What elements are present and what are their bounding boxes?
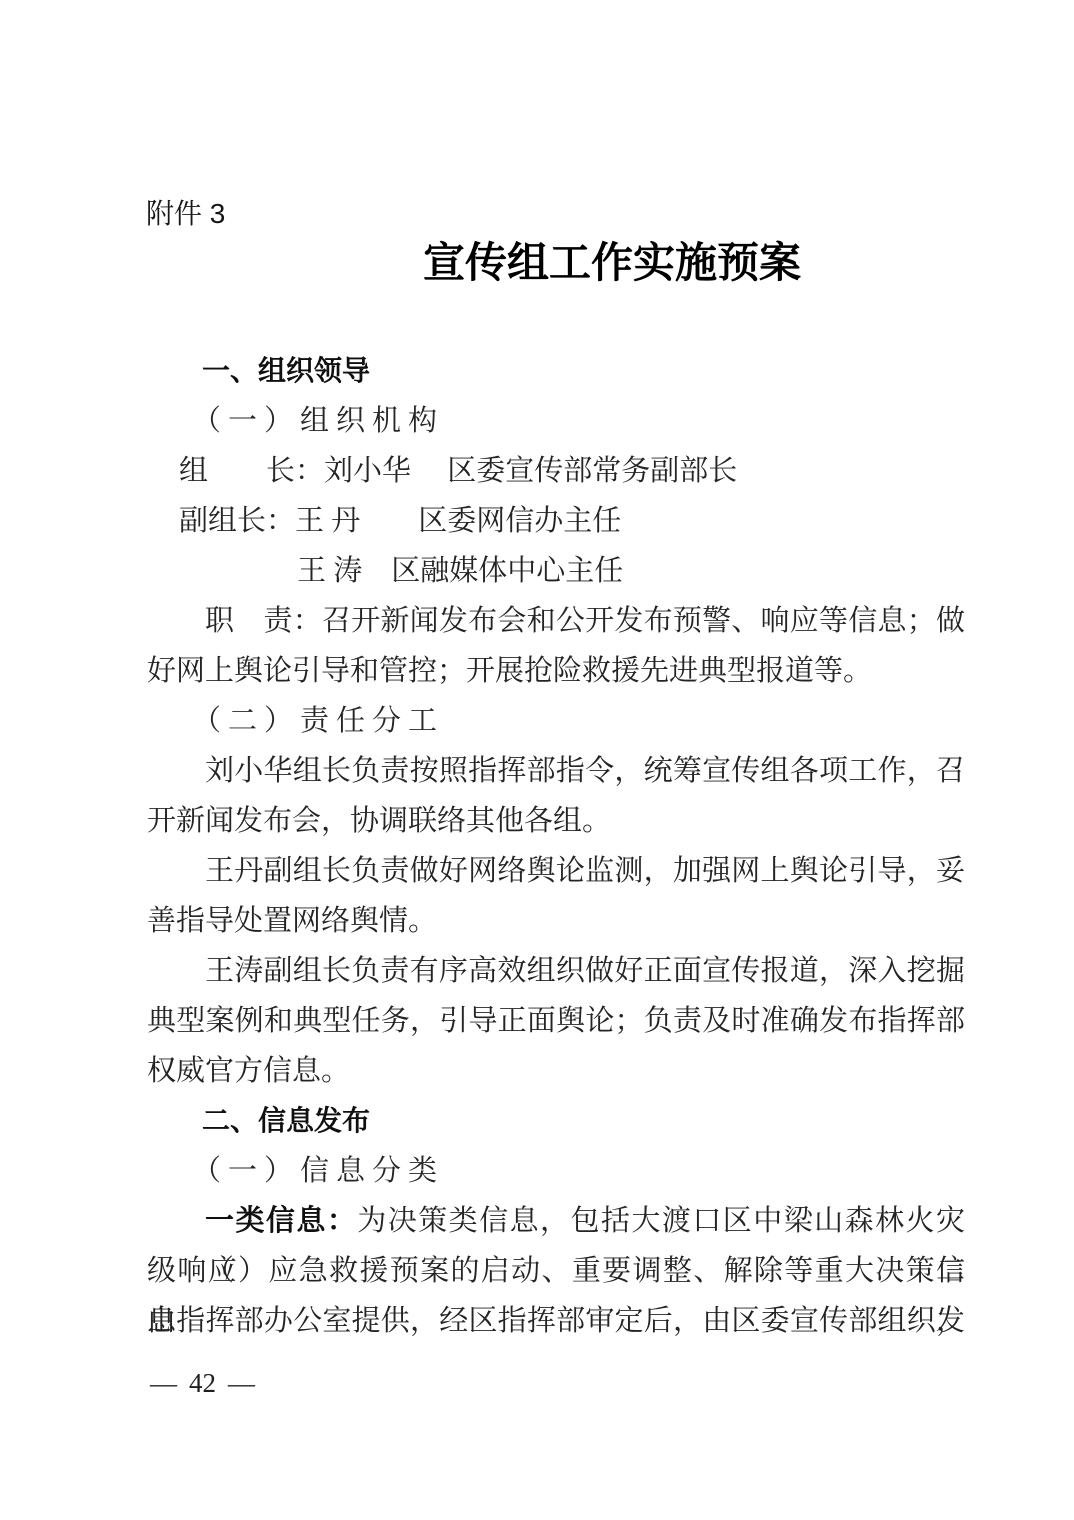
para-liuxiaohua-line-2: 开新闻发布会，协调联络其他各组。 <box>147 796 965 846</box>
subheading-1-2-responsibilities: （二）责任分工 <box>192 696 965 746</box>
heading-2-information-release: 二、信息发布 <box>202 1096 965 1146</box>
para-wangdan-line-1: 王丹副组长负责做好网络舆论监测，加强网上舆论引导，妥 <box>205 846 965 896</box>
document-page: 附件 3 宣传组工作实施预案 一、组织领导 （一）组织机构 组 长：刘小华 区委… <box>0 0 1074 1520</box>
line-deputy-leader-2: 王 涛 区融媒体中心主任 <box>297 546 965 596</box>
line-duties-1: 职 责：召开新闻发布会和公开发布预警、响应等信息；做 <box>205 596 965 646</box>
para-wangtao-line-2: 典型案例和典型任务，引导正面舆论；负责及时准确发布指挥部 <box>147 996 965 1046</box>
footer-dash-left: — <box>150 1368 177 1398</box>
para-class1-info-line-2: 级响应）应急救援预案的启动、重要调整、解除等重大决策信息， <box>147 1246 965 1296</box>
para-wangtao-line-1: 王涛副组长负责有序高效组织做好正面宣传报道，深入挖掘 <box>205 946 965 996</box>
subheading-2-1-info-classification: （一）信息分类 <box>192 1146 965 1196</box>
line-group-leader: 组 长：刘小华 区委宣传部常务副部长 <box>179 446 965 496</box>
line-duties-2: 好网上舆论引导和管控；开展抢险救援先进典型报道等。 <box>147 646 965 696</box>
para-liuxiaohua-line-1: 刘小华组长负责按照指挥部指令，统筹宣传组各项工作，召 <box>205 746 965 796</box>
para-wangtao-line-3: 权威官方信息。 <box>147 1046 965 1096</box>
footer-dash-right: — <box>228 1368 255 1398</box>
page-footer: —42— <box>150 1366 255 1400</box>
heading-1-organization-leadership: 一、组织领导 <box>202 346 965 396</box>
para-wangdan-line-2: 善指导处置网络舆情。 <box>147 896 965 946</box>
document-title: 宣传组工作实施预案 <box>423 236 801 292</box>
attachment-label: 附件 3 <box>146 196 225 232</box>
line-deputy-leader-1: 副组长：王 丹 区委网信办主任 <box>179 496 965 546</box>
class1-info-lead-label: 一类信息： <box>205 1205 357 1237</box>
para-class1-info-line-3: 由指挥部办公室提供，经区指挥部审定后，由区委宣传部组织发 <box>147 1296 965 1346</box>
page-number: 42 <box>189 1368 216 1398</box>
para-class1-info-line-1: 一类信息：为决策类信息，包括大渡口区中梁山森林火灾（二 <box>205 1196 965 1246</box>
subheading-1-1-organization: （一）组织机构 <box>192 396 965 446</box>
document-body: 一、组织领导 （一）组织机构 组 长：刘小华 区委宣传部常务副部长 副组长：王 … <box>147 346 965 1346</box>
